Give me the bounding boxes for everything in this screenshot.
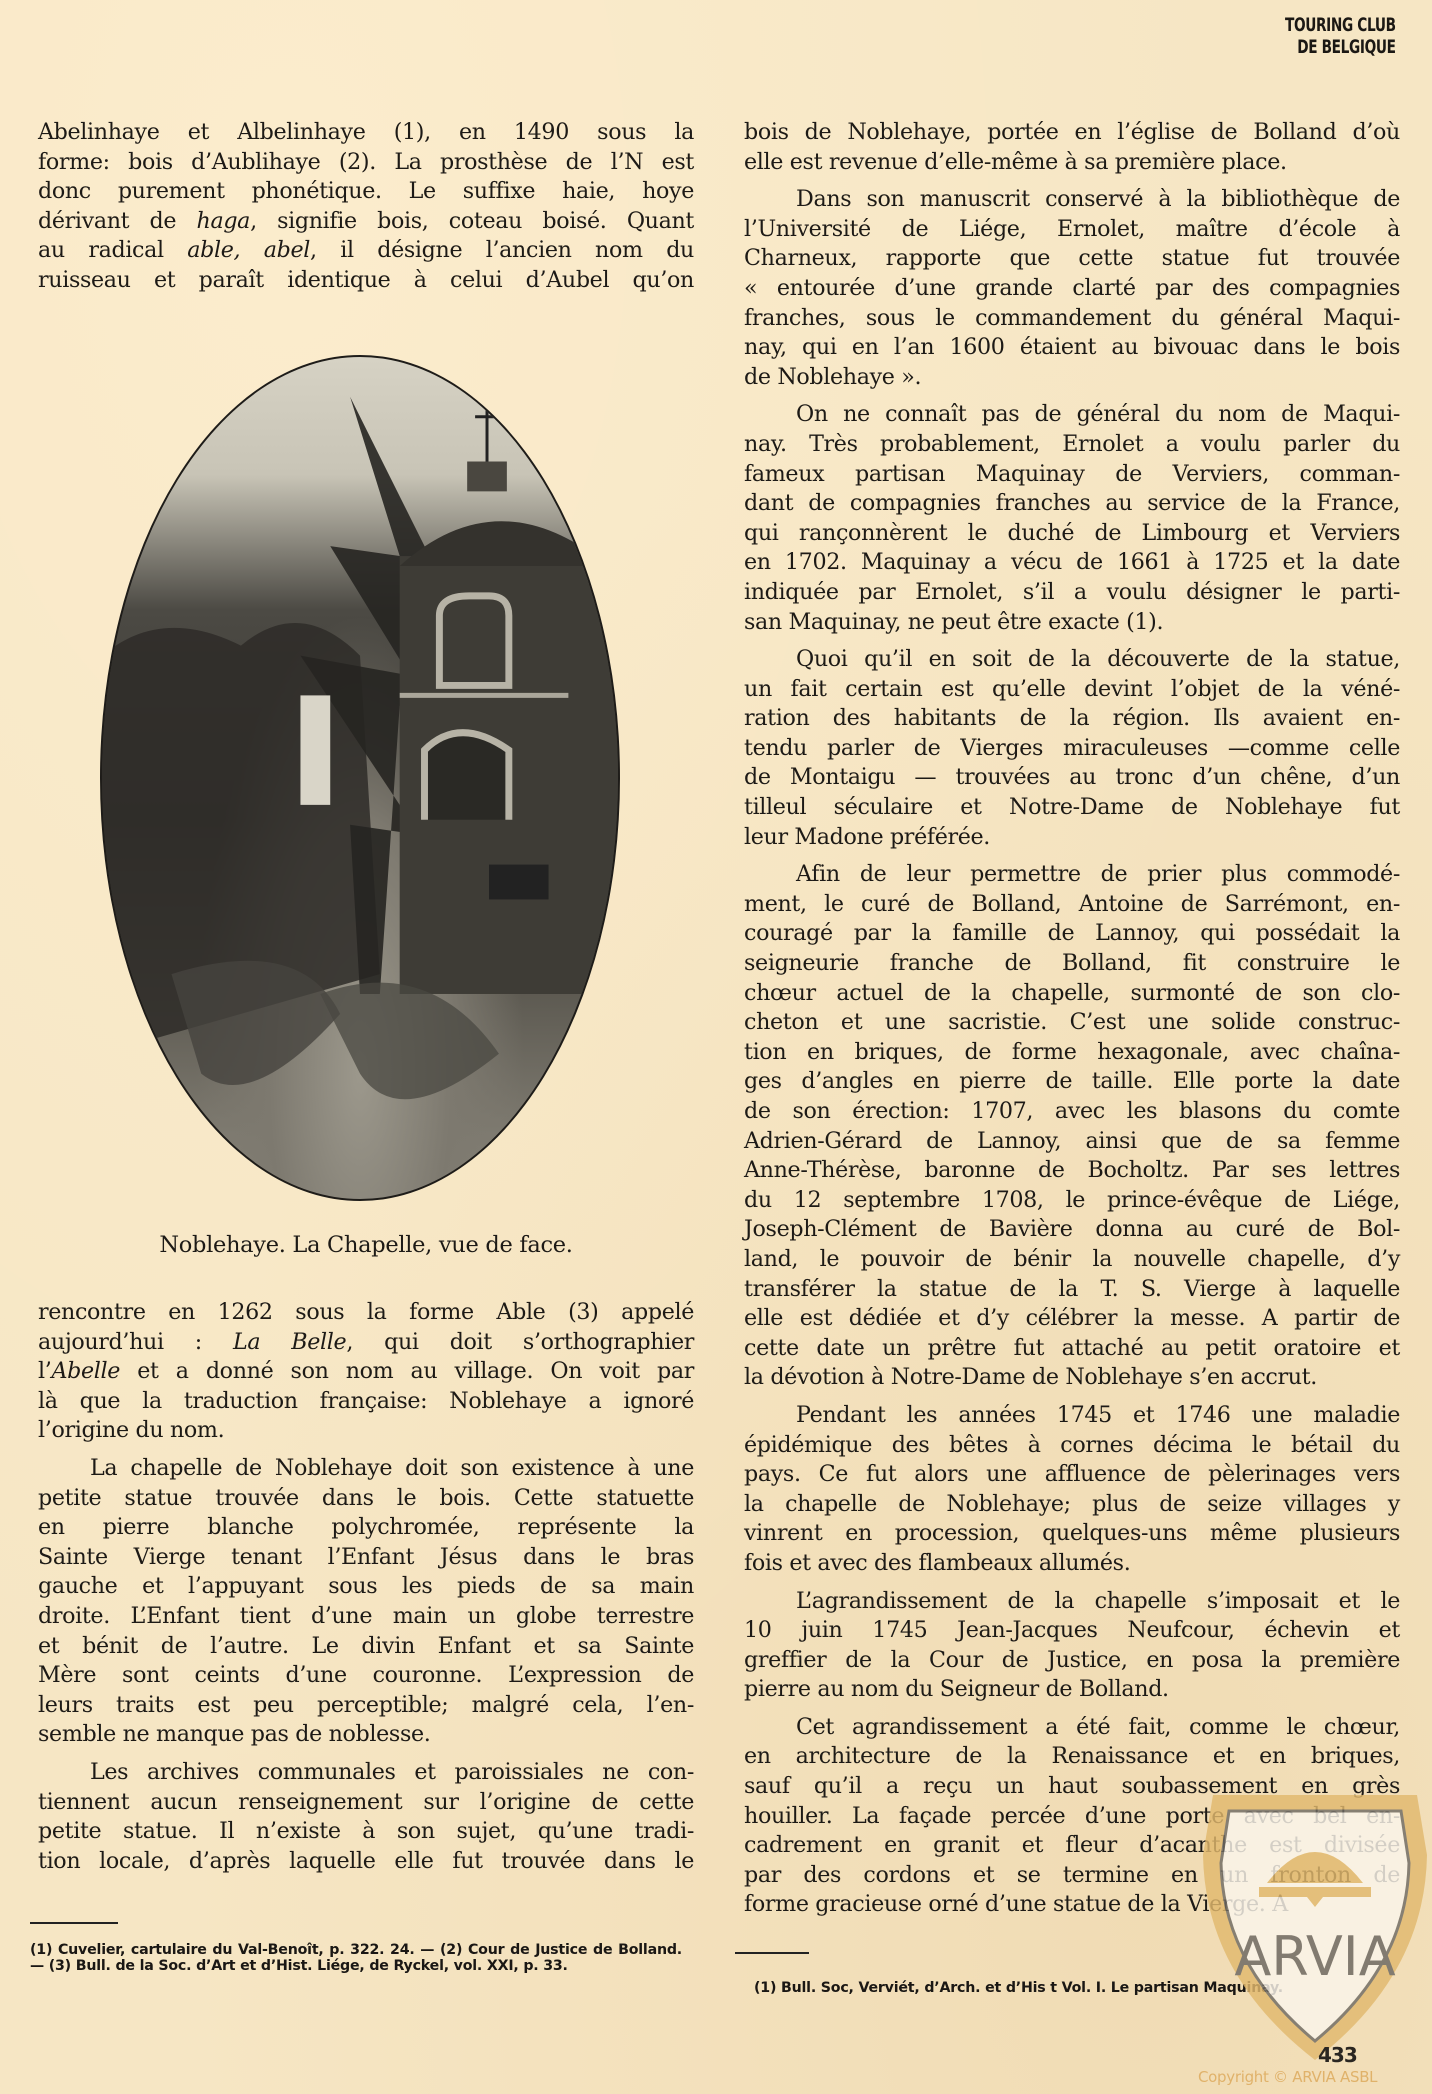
body-paragraph: bois de Noblehaye, portée en l’église de… [744,118,1400,177]
text-line: tilleul séculaire et Notre-Dame de Noble… [744,793,1400,823]
text-line: Dans son manuscrit conservé à la bibliot… [744,185,1400,215]
text-line: qui rançonnèrent le duché de Limbourg et… [744,519,1400,549]
text-line: un fait certain est qu’elle devint l’obj… [744,675,1400,705]
text-line: transférer la statue de la T. S. Vierge … [744,1275,1400,1305]
text-line: forme: bois d’Aublihaye (2). La prosthès… [38,148,694,178]
arvia-watermark-logo-icon: ARVIA [1195,1775,1432,2065]
body-paragraph: Afin de leur permettre de prier plus com… [744,860,1400,1393]
text-line: 10 juin 1745 Jean-Jacques Neufcour, éche… [744,1616,1400,1646]
text-line: Abelinhaye et Albelinhaye (1), en 1490 s… [38,118,694,148]
text-line: rencontre en 1262 sous la forme Able (3)… [38,1298,694,1328]
text-line: petite statue trouvée dans le bois. Cett… [38,1484,694,1514]
text-line: franches, sous le commandement du généra… [744,304,1400,334]
masthead-line-2: DE BELGIQUE [1285,36,1396,58]
text-line: la chapelle de Noblehaye; plus de seize … [744,1490,1400,1520]
text-line: de Montaigu — trouvées au tronc d’un chê… [744,763,1400,793]
column-left: Abelinhaye et Albelinhaye (1), en 1490 s… [38,118,694,296]
text-line: aujourd’hui : La Belle, qui doit s’ortho… [38,1328,694,1358]
footnote-rule [30,1922,118,1924]
text-line: droite. L’Enfant tient d’une main un glo… [38,1602,694,1632]
body-paragraph: On ne connaît pas de général du nom de M… [744,400,1400,637]
text-line: de Noblehaye ». [744,363,1400,393]
text-line: fameux partisan Maquinay de Verviers, co… [744,460,1400,490]
text-line: tiennent aucun renseignement sur l’origi… [38,1788,694,1818]
text-line: Anne-Thérèse, baronne de Bocholtz. Par s… [744,1156,1400,1186]
text-line: On ne connaît pas de général du nom de M… [744,400,1400,430]
text-line: et bénit de l’autre. Le divin Enfant et … [38,1632,694,1662]
page-number: 433 [1318,2043,1357,2067]
footnote-rule [735,1952,809,1954]
text-line: Sainte Vierge tenant l’Enfant Jésus dans… [38,1543,694,1573]
text-line: Charneux, rapporte que cette statue fut … [744,244,1400,274]
text-line: seigneurie franche de Bolland, fit const… [744,949,1400,979]
column-left-lower: rencontre en 1262 sous la forme Able (3)… [38,1298,694,1876]
text-line: Adrien-Gérard de Lannoy, ainsi que de sa… [744,1127,1400,1157]
text-line: Les archives communales et paroissiales … [38,1758,694,1788]
text-line: Joseph-Clément de Bavière donna au curé … [744,1215,1400,1245]
text-line: La chapelle de Noblehaye doit son existe… [38,1454,694,1484]
text-line: l’origine du nom. [38,1416,694,1446]
body-text: bois de Noblehaye, portée en l’église de… [744,118,1400,1920]
text-line: semble ne manque pas de noblesse. [38,1720,694,1750]
text-line: Quoi qu’il en soit de la découverte de l… [744,645,1400,675]
body-paragraph: rencontre en 1262 sous la forme Able (3)… [38,1298,694,1446]
text-line: gauche et l’appuyant sous les pieds de s… [38,1572,694,1602]
text-line: land, le pouvoir de bénir la nouvelle ch… [744,1245,1400,1275]
text-line: tion en briques, de forme hexagonale, av… [744,1038,1400,1068]
text-line: L’agrandissement de la chapelle s’imposa… [744,1587,1400,1617]
text-line: Mère sont ceints d’une couronne. L’expre… [38,1661,694,1691]
text-line: ment, le curé de Bolland, Antoine de Sar… [744,890,1400,920]
body-paragraph: Les archives communales et paroissiales … [38,1758,694,1876]
body-paragraph: L’agrandissement de la chapelle s’imposa… [744,1587,1400,1705]
text-line: dérivant de haga, signifie bois, coteau … [38,207,694,237]
text-line: là que la traduction française: Noblehay… [38,1387,694,1417]
text-line: épidémique des bêtes à cornes décima le … [744,1431,1400,1461]
text-line: fois et avec des flambeaux allumés. [744,1549,1400,1579]
text-line: la dévotion à Notre-Dame de Noblehaye s’… [744,1363,1400,1393]
publisher-masthead: TOURING CLUB DE BELGIQUE [1285,14,1396,58]
text-line: « entourée d’une grande clarté par des c… [744,274,1400,304]
text-line: nay. Très probablement, Ernolet a voulu … [744,430,1400,460]
chapel-photo [100,355,620,1201]
text-line: nay, qui en l’an 1600 étaient au bivouac… [744,333,1400,363]
body-paragraph: Pendant les années 1745 et 1746 une mala… [744,1401,1400,1579]
text-line: tion locale, d’après laquelle elle fut t… [38,1847,694,1877]
text-line: vinrent en procession, quelques-uns même… [744,1519,1400,1549]
body-paragraph: La chapelle de Noblehaye doit son existe… [38,1454,694,1750]
text-line: en 1702. Maquinay a vécu de 1661 à 1725 … [744,548,1400,578]
text-line: couragé par la famille de Lannoy, qui po… [744,919,1400,949]
copyright-notice: Copyright © ARVIA ASBL [1198,2068,1377,2086]
text-line: ration des habitants de la région. Ils a… [744,704,1400,734]
text-line: petite statue. Il n’existe à son sujet, … [38,1817,694,1847]
text-line: cheton et une sacristie. C’est une solid… [744,1008,1400,1038]
chapel-photo-frame [100,355,620,1201]
text-line: Pendant les années 1745 et 1746 une mala… [744,1401,1400,1431]
text-line: leur Madone préférée. [744,823,1400,853]
text-line: pays. Ce fut alors une affluence de pèle… [744,1460,1400,1490]
text-line: pierre au nom du Seigneur de Bolland. [744,1675,1400,1705]
text-line: au radical able, abel, il désigne l’anci… [38,236,694,266]
text-line: de son érection: 1707, avec les blasons … [744,1097,1400,1127]
text-line: en architecture de la Renaissance et en … [744,1742,1400,1772]
footnotes-left: (1) Cuvelier, cartulaire du Val-Benoît, … [30,1942,682,1974]
body-paragraph: Dans son manuscrit conservé à la bibliot… [744,185,1400,392]
text-line: cette date un prêtre fut attaché au peti… [744,1334,1400,1364]
text-line: ges d’angles en pierre de taille. Elle p… [744,1067,1400,1097]
text-line: leurs traits est peu perceptible; malgré… [38,1691,694,1721]
text-line: indiquée par Ernolet, s’il a voulu désig… [744,578,1400,608]
intro-paragraph: Abelinhaye et Albelinhaye (1), en 1490 s… [38,118,694,296]
text-line: chœur actuel de la chapelle, surmonté de… [744,979,1400,1009]
masthead-line-1: TOURING CLUB [1285,14,1396,36]
body-paragraph: Quoi qu’il en soit de la découverte de l… [744,645,1400,852]
text-line: san Maquinay, ne peut être exacte (1). [744,608,1400,638]
text-line: Afin de leur permettre de prier plus com… [744,860,1400,890]
figure-caption: Noblehaye. La Chapelle, vue de face. [38,1232,694,1258]
text-line: elle est revenue d’elle-même à sa premiè… [744,148,1400,178]
text-line: dant de compagnies franches au service d… [744,489,1400,519]
text-line: elle est dédiée et d’y célébrer la messe… [744,1304,1400,1334]
text-line: bois de Noblehaye, portée en l’église de… [744,118,1400,148]
text-line: l’Université de Liége, Ernolet, maître d… [744,215,1400,245]
text-line: l’Abelle et a donné son nom au village. … [38,1357,694,1387]
text-line: ruisseau et paraît identique à celui d’A… [38,266,694,296]
text-line: du 12 septembre 1708, le prince-évêque d… [744,1186,1400,1216]
text-line: Cet agrandissement a été fait, comme le … [744,1713,1400,1743]
text-line: en pierre blanche polychromée, représent… [38,1513,694,1543]
svg-text:ARVIA: ARVIA [1234,1925,1395,1988]
column-right: bois de Noblehaye, portée en l’église de… [744,118,1400,1920]
text-line: donc purement phonétique. Le suffixe hai… [38,177,694,207]
chapel-illustration-icon [102,357,618,1199]
text-line: greffier de la Cour de Justice, en posa … [744,1646,1400,1676]
text-line: tendu parler de Vierges miraculeuses —co… [744,734,1400,764]
